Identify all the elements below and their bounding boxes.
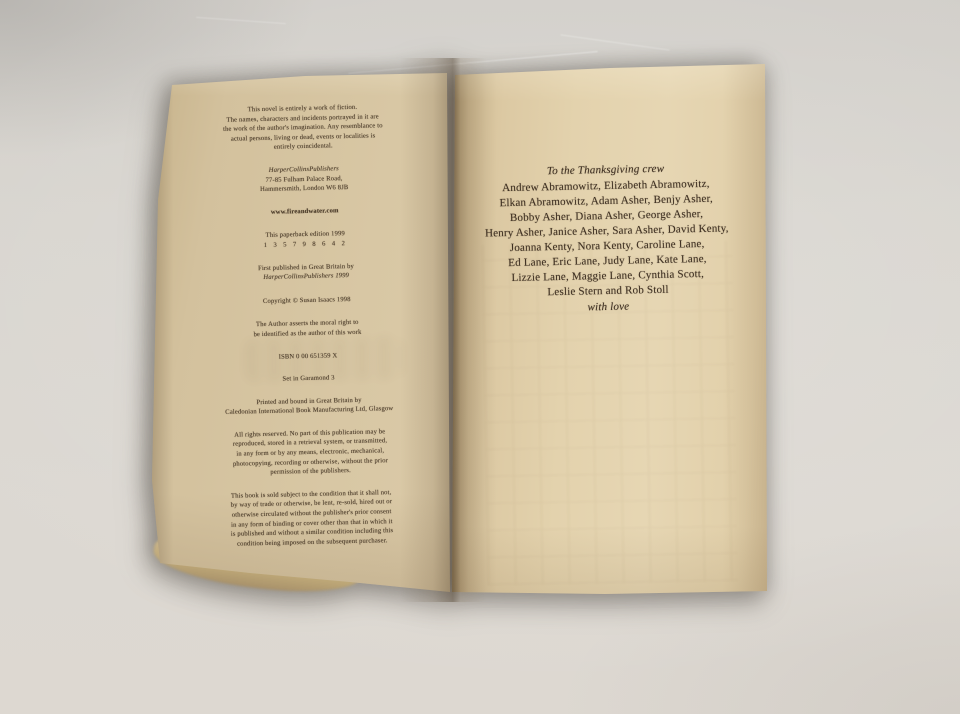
first-published-statement: First published in Great Britain by Harp… [203, 260, 408, 284]
printer-statement: Printed and bound in Great Britain byCal… [206, 394, 411, 418]
dedication-names: Andrew Abramowitz, Elizabeth Abramowitz,… [461, 176, 753, 302]
rights-reserved-paragraph: All rights reserved. No part of this pub… [207, 427, 413, 480]
copyright-page-text: This novel is entirely a work of fiction… [200, 102, 415, 563]
fiction-disclaimer: This novel is entirely a work of fiction… [200, 102, 406, 155]
book-photo-scene: This novel is entirely a work of fiction… [0, 0, 960, 714]
copyright-notice: Copyright © Susan Isaacs 1998 [204, 293, 409, 307]
moral-right-statement: The Author asserts the moral right tobe … [205, 317, 410, 341]
dedication-text: To the Thanksgiving crew Andrew Abramowi… [460, 160, 753, 318]
surface-scratch [560, 34, 669, 50]
open-book: This novel is entirely a work of fiction… [145, 58, 773, 602]
edition-statement: This paperback edition 1999 1 3 5 7 9 8 … [203, 228, 408, 252]
isbn-line: ISBN 0 00 651359 X [205, 349, 410, 363]
publisher-address: HarperCollinsPublishers 77-85 Fulham Pal… [201, 163, 407, 196]
surface-scratch [196, 17, 286, 24]
typeface-line: Set in Garamond 3 [206, 372, 411, 386]
sale-condition-paragraph: This book is sold subject to the conditi… [209, 487, 415, 549]
publisher-website: www.fireandwater.com [202, 204, 407, 218]
